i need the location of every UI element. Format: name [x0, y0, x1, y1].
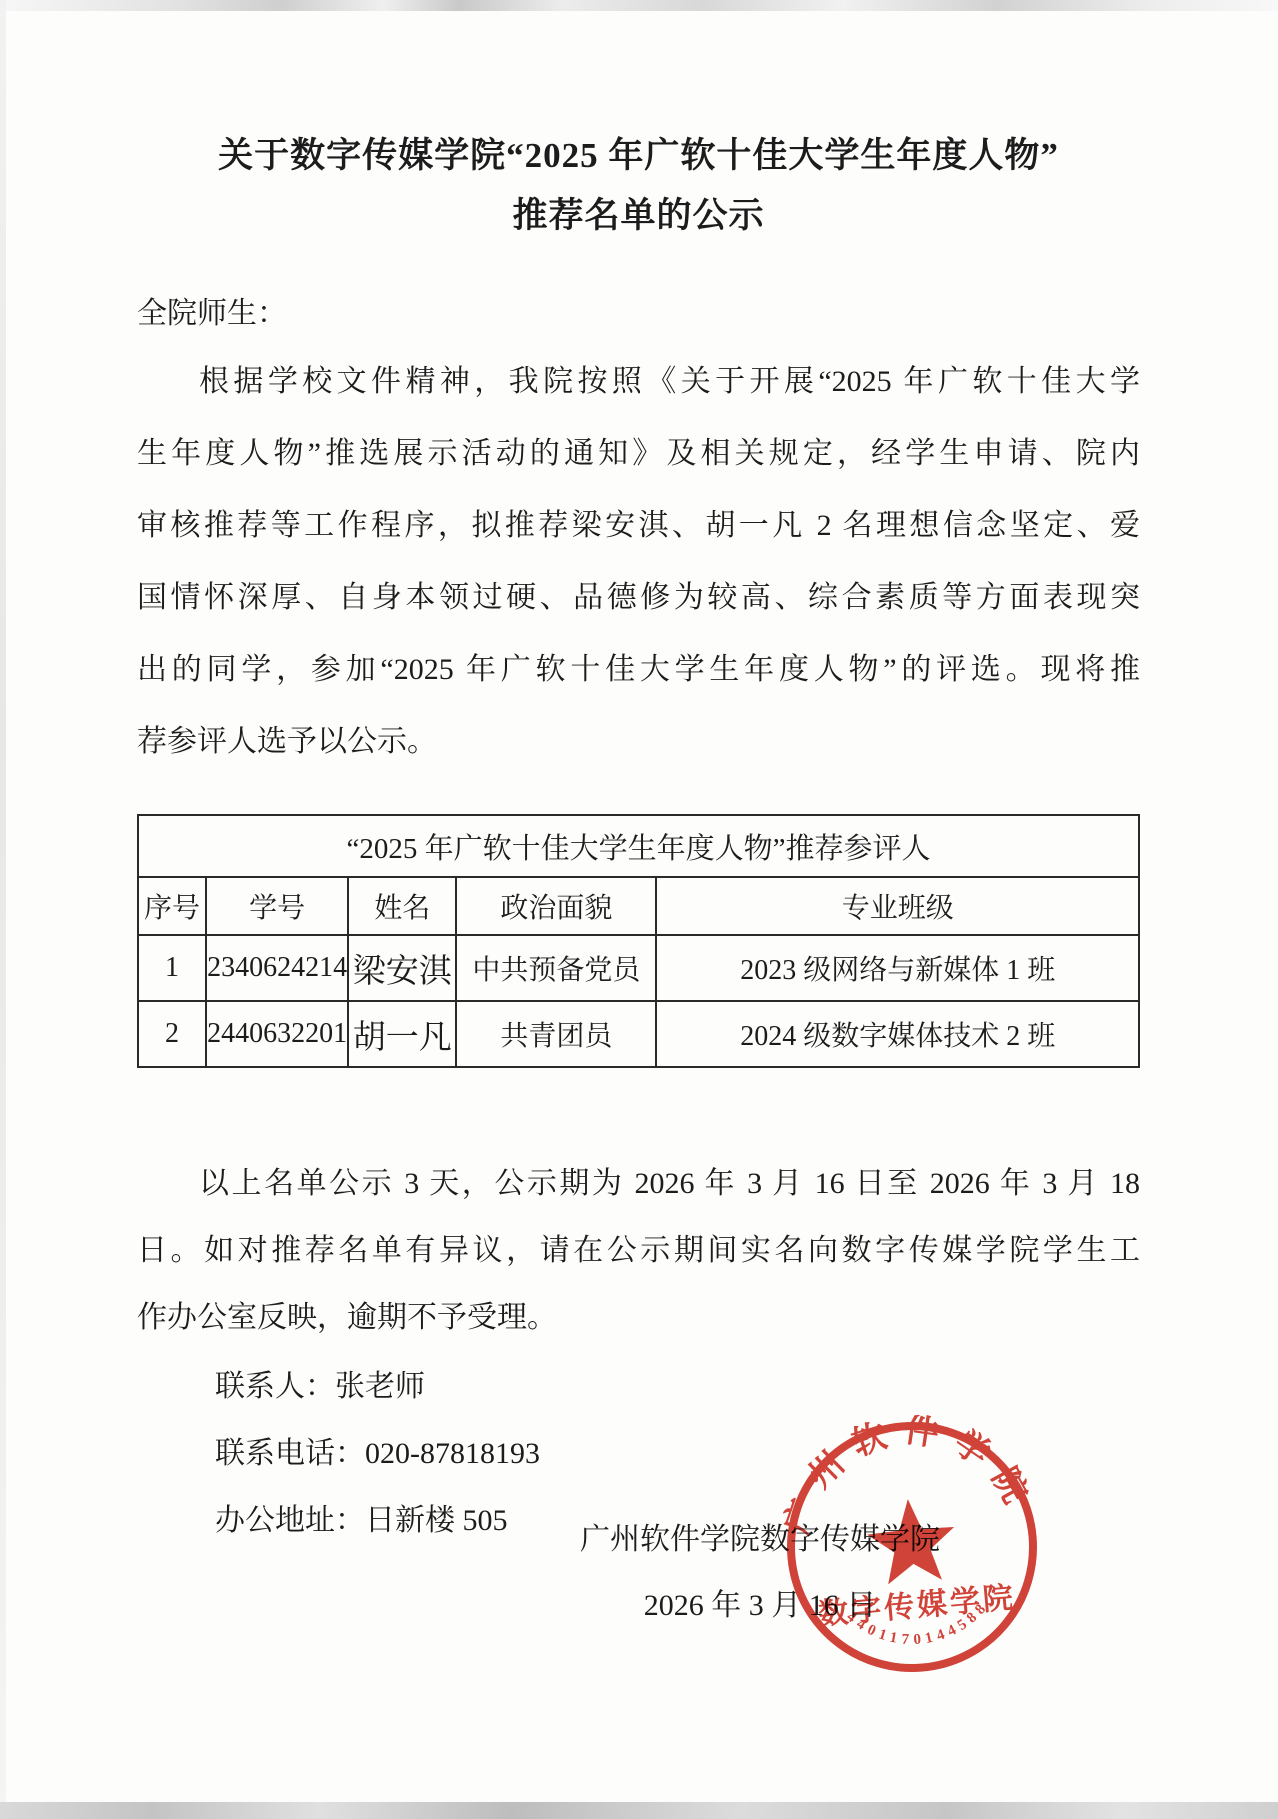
paragraph-line: 荐参评人选予以公示。	[137, 706, 1140, 778]
cell-class: 2024 级数字媒体技术 2 班	[656, 1001, 1139, 1067]
column-header-no: 序号	[138, 877, 206, 935]
table-row: 2 2440632201 胡一凡 共青团员 2024 级数字媒体技术 2 班	[138, 1001, 1139, 1067]
column-header-class: 专业班级	[656, 877, 1139, 935]
scan-artifact-left	[0, 0, 6, 1819]
paragraph-line: 根据学校文件精神，我院按照《关于开展“2025 年广软十佳大学	[137, 346, 1140, 418]
document-title: 关于数字传媒学院“2025 年广软十佳大学生年度人物” 推荐名单的公示	[137, 126, 1140, 246]
salutation: 全院师生：	[137, 282, 1140, 346]
paragraph-line: 日。如对推荐名单有异议，请在公示期间实名向数字传媒学院学生工	[137, 1217, 1140, 1284]
paragraph-line: 审核推荐等工作程序，拟推荐梁安淇、胡一凡 2 名理想信念坚定、爱	[137, 490, 1140, 562]
paragraph-publicity-period: 以上名单公示 3 天，公示期为 2026 年 3 月 16 日至 2026 年 …	[137, 1150, 1140, 1351]
paragraph-line: 生年度人物”推选展示活动的通知》及相关规定，经学生申请、院内	[137, 418, 1140, 490]
table-caption: “2025 年广软十佳大学生年度人物”推荐参评人	[138, 815, 1139, 877]
column-header-name: 姓名	[348, 877, 456, 935]
cell-political-status: 共青团员	[456, 1001, 656, 1067]
nominee-table: “2025 年广软十佳大学生年度人物”推荐参评人 序号 学号 姓名 政治面貌 专…	[137, 814, 1140, 1068]
cell-no: 2	[138, 1001, 206, 1067]
paragraph-intro: 根据学校文件精神，我院按照《关于开展“2025 年广软十佳大学 生年度人物”推选…	[137, 346, 1140, 778]
column-header-political-status: 政治面貌	[456, 877, 656, 935]
cell-student-id: 2340624214	[206, 935, 348, 1001]
scanned-document-page: 关于数字传媒学院“2025 年广软十佳大学生年度人物” 推荐名单的公示 全院师生…	[0, 0, 1278, 1819]
official-seal-stamp: 广州软件学院 数字传媒学院 4401170144588	[770, 1405, 1054, 1689]
cell-name: 梁安淇	[348, 935, 456, 1001]
document-body: 关于数字传媒学院“2025 年广软十佳大学生年度人物” 推荐名单的公示 全院师生…	[137, 0, 1140, 1554]
paragraph-line: 出的同学，参加“2025 年广软十佳大学生年度人物”的评选。现将推	[137, 634, 1140, 706]
cell-name: 胡一凡	[348, 1001, 456, 1067]
paragraph-line: 作办公室反映，逾期不予受理。	[137, 1284, 1140, 1351]
seal-star-icon	[864, 1495, 958, 1586]
scan-artifact-bottom	[0, 1802, 1278, 1819]
cell-student-id: 2440632201	[206, 1001, 348, 1067]
title-line-1: 关于数字传媒学院“2025 年广软十佳大学生年度人物”	[137, 126, 1140, 186]
column-header-student-id: 学号	[206, 877, 348, 935]
table-row: 1 2340624214 梁安淇 中共预备党员 2023 级网络与新媒体 1 班	[138, 935, 1139, 1001]
cell-class: 2023 级网络与新媒体 1 班	[656, 935, 1139, 1001]
paragraph-line: 以上名单公示 3 天，公示期为 2026 年 3 月 16 日至 2026 年 …	[137, 1150, 1140, 1217]
table-header-row: 序号 学号 姓名 政治面貌 专业班级	[138, 877, 1139, 935]
cell-no: 1	[138, 935, 206, 1001]
title-line-2: 推荐名单的公示	[137, 186, 1140, 246]
cell-political-status: 中共预备党员	[456, 935, 656, 1001]
paragraph-line: 国情怀深厚、自身本领过硬、品德修为较高、综合素质等方面表现突	[137, 562, 1140, 634]
